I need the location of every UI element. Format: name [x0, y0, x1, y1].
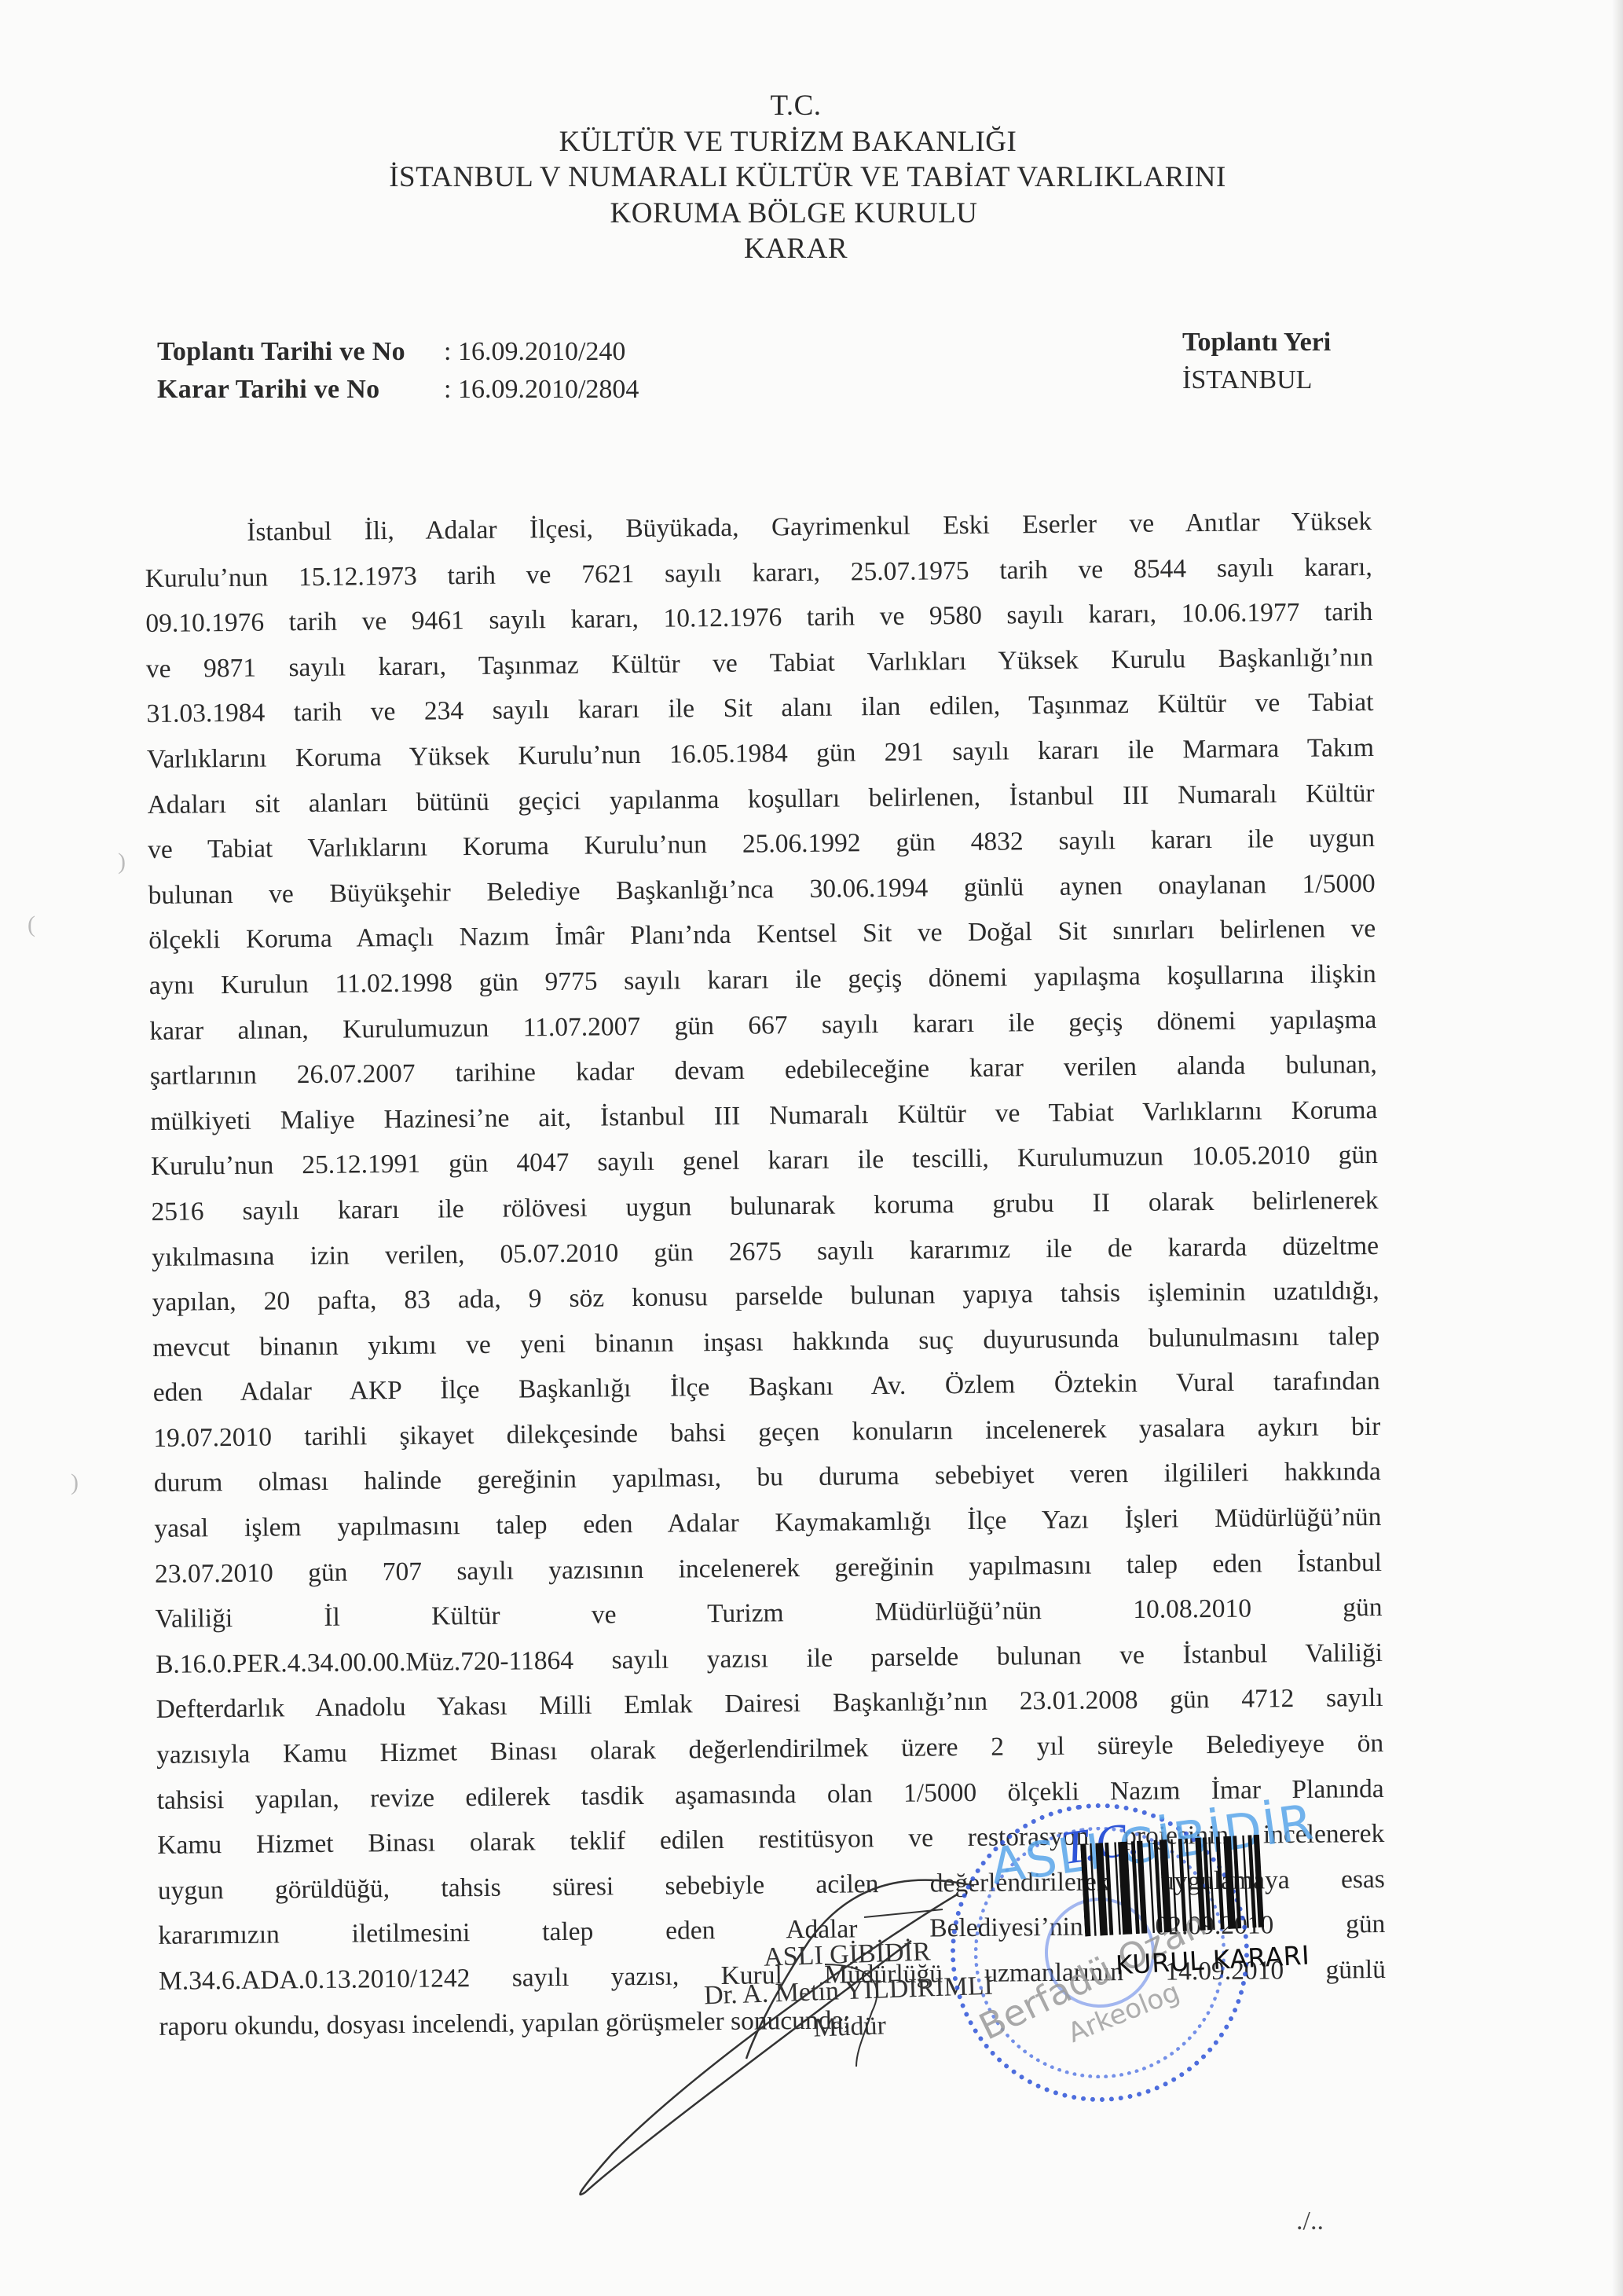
meeting-date-row: Toplantı Tarihi ve No : 16.09.2010/240: [157, 333, 639, 371]
scan-margin-mark: ): [71, 1469, 79, 1496]
meeting-place: Toplantı Yeri İSTANBUL: [1182, 324, 1331, 399]
barcode-icon: [1080, 1830, 1344, 1936]
meeting-place-label: Toplantı Yeri: [1182, 324, 1331, 361]
header-board-cont: KORUMA BÖLGE KURULU: [0, 196, 1623, 232]
document-page: ) ( ) T.C. KÜLTÜR VE TURİZM BAKANLIĞI İS…: [0, 0, 1623, 2296]
page-edge-shadow: [1612, 0, 1623, 2296]
meeting-info: Toplantı Tarihi ve No : 16.09.2010/240 K…: [157, 333, 639, 409]
meeting-date-label: Toplantı Tarihi ve No: [157, 333, 444, 371]
meeting-place-value: İSTANBUL: [1182, 361, 1331, 399]
header-ministry: KÜLTÜR VE TURİZM BAKANLIĞI: [0, 124, 1623, 160]
decision-date-value: : 16.09.2010/2804: [444, 371, 639, 409]
header-republic: T.C.: [0, 88, 1623, 124]
document-header: T.C. KÜLTÜR VE TURİZM BAKANLIĞI İSTANBUL…: [0, 88, 1623, 267]
meeting-date-value: : 16.09.2010/240: [444, 333, 625, 371]
scan-margin-mark: ): [118, 849, 126, 875]
scan-margin-mark: (: [27, 911, 35, 938]
header-decision: KARAR: [0, 231, 1623, 267]
page-continuation-mark: ./..: [1296, 2206, 1324, 2236]
decision-date-row: Karar Tarihi ve No : 16.09.2010/2804: [157, 371, 639, 409]
decision-date-label: Karar Tarihi ve No: [157, 371, 444, 409]
header-board: İSTANBUL V NUMARALI KÜLTÜR VE TABİAT VAR…: [0, 160, 1623, 196]
